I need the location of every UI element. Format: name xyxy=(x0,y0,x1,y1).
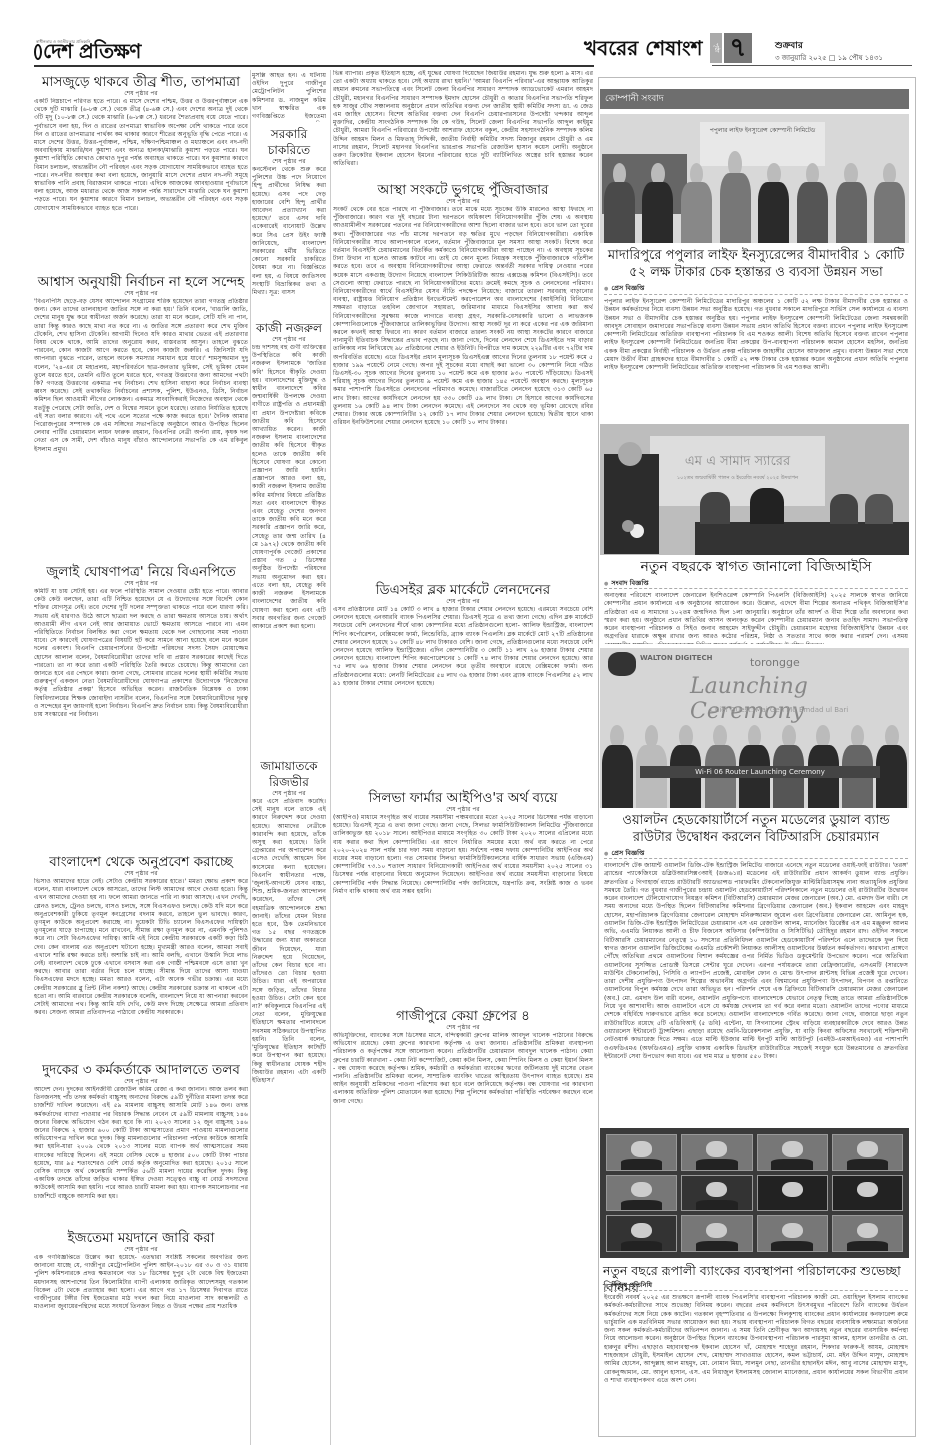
article-election[interactable]: আশ্বাস অনুযায়ী নির্বাচন না হলে সন্দেহ শ… xyxy=(34,274,248,560)
backdrop-subtitle: ১০২তম জন্মবার্ষিকী পালন ও ইংরেজি নববর্ষ … xyxy=(650,475,825,483)
article-gazipur[interactable]: গাজীপুরে কেয়া গ্রুপের ৪ শেষ পৃষ্ঠার পর … xyxy=(333,1008,593,1372)
article-headline: বাংলাদেশ থেকে অনুপ্রবেশ করাচ্ছে xyxy=(34,854,248,870)
rupali-virtual-meeting-photo[interactable] xyxy=(600,1128,909,1258)
column-center: ভিন্ন ব্যাপার। প্রকৃত ইতিহাস হচ্ছে, এই য… xyxy=(333,70,593,1445)
article-body: 'বিএনপিসি ছেড়ে-বড় যেসব আন্দোলন সংগ্রাম… xyxy=(34,298,248,560)
article-cold[interactable]: মাসজুড়ে থাকবে তীব্র শীত, তাপমাত্রা শেষ … xyxy=(34,74,248,270)
video-tile xyxy=(606,1175,677,1212)
masthead-divider xyxy=(34,65,594,67)
rupali-body: ইংরেজী নববর্ষ ২০২৫ এর শুভক্ষণে রূপালী ব্… xyxy=(604,1290,908,1408)
logo-emblem-icon xyxy=(34,44,42,60)
article-gov-jobs[interactable]: সরকারি চাকরিতে শেষ পৃষ্ঠার পর কনস্টেবল থ… xyxy=(252,126,326,316)
section-title: খবরের শেষাংশ xyxy=(584,36,703,60)
attendees xyxy=(600,163,909,243)
podium xyxy=(604,454,659,554)
continued-label: শেষ পৃষ্ঠার পর xyxy=(34,90,248,98)
publication-date: ৩ জানুয়ারি ২০২৫ □ ১৯ পৌষ ১৪৩১ xyxy=(775,52,883,64)
article-headline: জামায়াতকে রিজভীর xyxy=(252,758,326,790)
video-tile xyxy=(832,1134,903,1171)
article-headline: সরকারি চাকরিতে xyxy=(252,126,326,158)
article-body: আদেশ দেন। দুদকের আইনজীবী রেজাউল করিম রেজ… xyxy=(34,1086,248,1226)
continued-label: শেষ পৃষ্ঠার পর xyxy=(333,806,593,814)
video-tile xyxy=(681,1134,752,1171)
article-body: কমিটি যা চায় সেটাই হয়। এর ফলে পরিস্থিত… xyxy=(34,588,248,850)
popular-life-photo[interactable]: পপুলার লাইফ ইনস্যুরেন্স কোম্পানী লিমিটেড xyxy=(600,114,909,243)
page-number: ৭ xyxy=(724,33,752,63)
article-headline: দুদকের ৩ কর্মকর্তাকে আদালতে তলব xyxy=(34,1062,248,1078)
column-left: মাসজুড়ে থাকবে তীব্র শীত, তাপমাত্রা শেষ … xyxy=(34,70,248,1445)
article-body: (আইপিও) মাধ্যমে সংগৃহিত অর্থ ব্যয়ের সময… xyxy=(333,814,593,1004)
video-tiles-grid xyxy=(600,1128,909,1258)
video-tile xyxy=(606,1134,677,1171)
continued-label: শেষ পৃষ্ঠার পর xyxy=(252,158,326,166)
video-tile xyxy=(832,1215,903,1252)
article-silva[interactable]: সিলভা ফার্মার আইপিও'র অর্থ ব্যয়ে শেষ পৃ… xyxy=(333,790,593,1004)
continued-label: শেষ পৃষ্ঠার পর xyxy=(333,198,593,206)
continued-label: শেষ পৃষ্ঠার পর xyxy=(34,1246,248,1254)
company-news-banner: কোম্পানী সংবাদ xyxy=(600,89,909,109)
article-body: একটি নিম্নচাপে পরিণত হতে পারে। এ মাসে দে… xyxy=(34,98,248,270)
video-tile xyxy=(606,1215,677,1252)
scooter xyxy=(608,652,636,676)
article-body: এসব প্রতিষ্ঠানের মোট ১৪ কোটি ৩ লাখ ৪ হাজ… xyxy=(333,606,593,786)
article-headline: আস্থা সংকটে ভুগছে পুঁজিবাজার xyxy=(333,182,593,198)
popular-life-byline: প্রেস বিজ্ঞপ্তি xyxy=(604,283,644,294)
article-body: করে এসে প্রতিবাদ করেছি। সেই মানুষ বলে তা… xyxy=(252,798,326,1438)
article-body: মুসল্লি আহত হন। এ ঘটনায় ওইদিন দুপুরে গা… xyxy=(252,72,326,122)
logo-text: দেশ প্রতিক্ষণ xyxy=(43,39,141,63)
continued-label: শেষ পৃষ্ঠার পর xyxy=(34,870,248,878)
article-body: সংকট থেকে বের হতে পারছে না পুঁজিবাজার। ত… xyxy=(333,206,593,578)
continued-label: শেষ পৃষ্ঠার পর xyxy=(333,598,593,606)
article-body: চন্দ্র দাশসহ বহু গুণী ব্যক্তিত্বের উপস্থ… xyxy=(252,344,326,754)
article-headline: কাজী নজরুল xyxy=(252,320,326,336)
speaker-head xyxy=(618,442,642,466)
article-headline: সিলভা ফার্মার আইপিও'র অর্থ ব্যয়ে xyxy=(333,790,593,806)
article-body: ভিসাও আমাদের হাতে নেই। সেটাও কেন্দ্রীয় … xyxy=(34,878,248,1058)
article-acc[interactable]: দুদকের ৩ কর্মকর্তাকে আদালতে তলব শেষ পৃষ্… xyxy=(34,1062,248,1226)
article-headline: গাজীপুরে কেয়া গ্রুপের ৪ xyxy=(333,1008,593,1024)
column-divider xyxy=(330,70,331,1445)
continued-label: শেষ পৃষ্ঠার পর xyxy=(333,1024,593,1032)
popular-life-headline[interactable]: মাদারিপুরে পপুলার লাইফ ইনস্যুরেন্সের বীম… xyxy=(606,247,906,281)
bgic-photo[interactable]: এম এ সামাদ স্যারের ১০২তম জন্মবার্ষিকী পা… xyxy=(600,424,909,555)
chief-guest-caption: Chief Guest: Maj Gen Md Emdad ul Bari xyxy=(710,706,848,714)
article-headline: আশ্বাস অনুযায়ী নির্বাচন না হলে সন্দেহ xyxy=(34,274,248,290)
article-body: এক গণবিজ্ঞপ্তিতে উল্লেখ করা হয়েছে- এতদ্… xyxy=(34,1254,248,1320)
date-divider xyxy=(712,65,912,66)
page-label: পৃষ্ঠা xyxy=(710,33,722,63)
article-ijtema[interactable]: ইজতেমা ময়দানে জারি করা শেষ পৃষ্ঠার পর এ… xyxy=(34,1230,248,1320)
article-headline: জুলাই ঘোষণাপত্র' নিয়ে বিএনপিতে xyxy=(34,564,248,580)
article-stock-market[interactable]: আস্থা সংকটে ভুগছে পুঁজিবাজার শেষ পৃষ্ঠার… xyxy=(333,182,593,578)
bgic-body: অনাড়ম্বর পরিবেশে বাংলাদেশ জেনারেল ইনশিও… xyxy=(604,588,908,644)
article-body: ভিন্ন ব্যাপার। প্রকৃত ইতিহাস হচ্ছে, এই য… xyxy=(333,70,593,178)
article-body: অভিযুক্তিদের, ব্যাংকের সঙ্গে ডিসেম্বর মা… xyxy=(333,1032,593,1372)
product-brand: torongge xyxy=(750,656,800,669)
video-tile xyxy=(757,1134,828,1171)
column-divider xyxy=(250,70,251,1445)
walton-body: বাংলাদেশি টেক জায়ান্ট ওয়ালটন ডিজি-টেক … xyxy=(604,858,908,1123)
continued-label: শেষ পৃষ্ঠার পর xyxy=(252,790,326,798)
ceremony-title: Launching Ceremony xyxy=(690,674,909,724)
article-headline: মাসজুড়ে থাকবে তীব্র শীত, তাপমাত্রা xyxy=(34,74,248,90)
article-headline: ডিএসইর ব্লক মার্কেটে লেনদেনের xyxy=(333,582,593,598)
article-july-declaration[interactable]: জুলাই ঘোষণাপত্র' নিয়ে বিএনপিতে শেষ পৃষ্… xyxy=(34,564,248,850)
bgic-headline[interactable]: নতুন বছরকে স্বাগত জানালো বিজিআইসি xyxy=(606,559,906,576)
newspaper-logo[interactable]: দেশ প্রতিক্ষণ xyxy=(34,41,141,61)
walton-launch-photo[interactable]: WALTON DIGITECH torongge Launching Cerem… xyxy=(600,648,909,808)
article-nazrul[interactable]: কাজী নজরুল শেষ পৃষ্ঠার পর চন্দ্র দাশসহ ব… xyxy=(252,320,326,754)
article-dse-block[interactable]: ডিএসইর ব্লক মার্কেটে লেনদেনের শেষ পৃষ্ঠা… xyxy=(333,582,593,786)
walton-brand: WALTON DIGITECH xyxy=(640,654,712,662)
video-tile xyxy=(681,1175,752,1212)
video-tile xyxy=(757,1175,828,1212)
walton-headline[interactable]: ওয়ালটন হেডকোয়ার্টার্সে নতুন মডেলের ডুয… xyxy=(606,812,906,846)
article-body: কনস্টেবল থেকে শুরু করে পুলিশের উচ্চ পদে … xyxy=(252,166,326,316)
launch-ribbon: Wi-Fi 06 Router Launching Ceremony xyxy=(640,766,880,778)
continued-label: শেষ পৃষ্ঠার পর xyxy=(34,1078,248,1086)
masthead: স্বাধীনতার ও জাতীয়তার প্রতিধ্বনি দেশ প্… xyxy=(0,0,945,46)
article-headline: ইজতেমা ময়দানে জারি করা xyxy=(34,1230,248,1246)
video-tile xyxy=(757,1215,828,1252)
article-infiltration[interactable]: বাংলাদেশ থেকে অনুপ্রবেশ করাচ্ছে শেষ পৃষ্… xyxy=(34,854,248,1058)
backdrop-title: এম এ সামাদ স্যারের xyxy=(650,452,825,473)
continued-label: শেষ পৃষ্ঠার পর xyxy=(34,580,248,588)
video-tile xyxy=(832,1175,903,1212)
article-jamaat[interactable]: জামায়াতকে রিজভীর শেষ পৃষ্ঠার পর করে এসে… xyxy=(252,758,326,1438)
publication-day: শুক্রবার xyxy=(775,38,803,53)
head-table xyxy=(695,522,909,555)
continued-label: শেষ পৃষ্ঠার পর xyxy=(34,290,248,298)
continued-label: শেষ পৃষ্ঠার পর xyxy=(252,336,326,344)
popular-life-body: পপুলার লাইফ ইনস্যুরেন্স কোম্পানী লিমিটেড… xyxy=(604,294,908,419)
video-tile xyxy=(681,1215,752,1252)
column-center-left: মুসল্লি আহত হন। এ ঘটনায় ওইদিন দুপুরে গা… xyxy=(252,70,326,1445)
event-backdrop: এম এ সামাদ স্যারের ১০২তম জন্মবার্ষিকী পা… xyxy=(650,436,825,506)
balloon xyxy=(622,520,634,532)
